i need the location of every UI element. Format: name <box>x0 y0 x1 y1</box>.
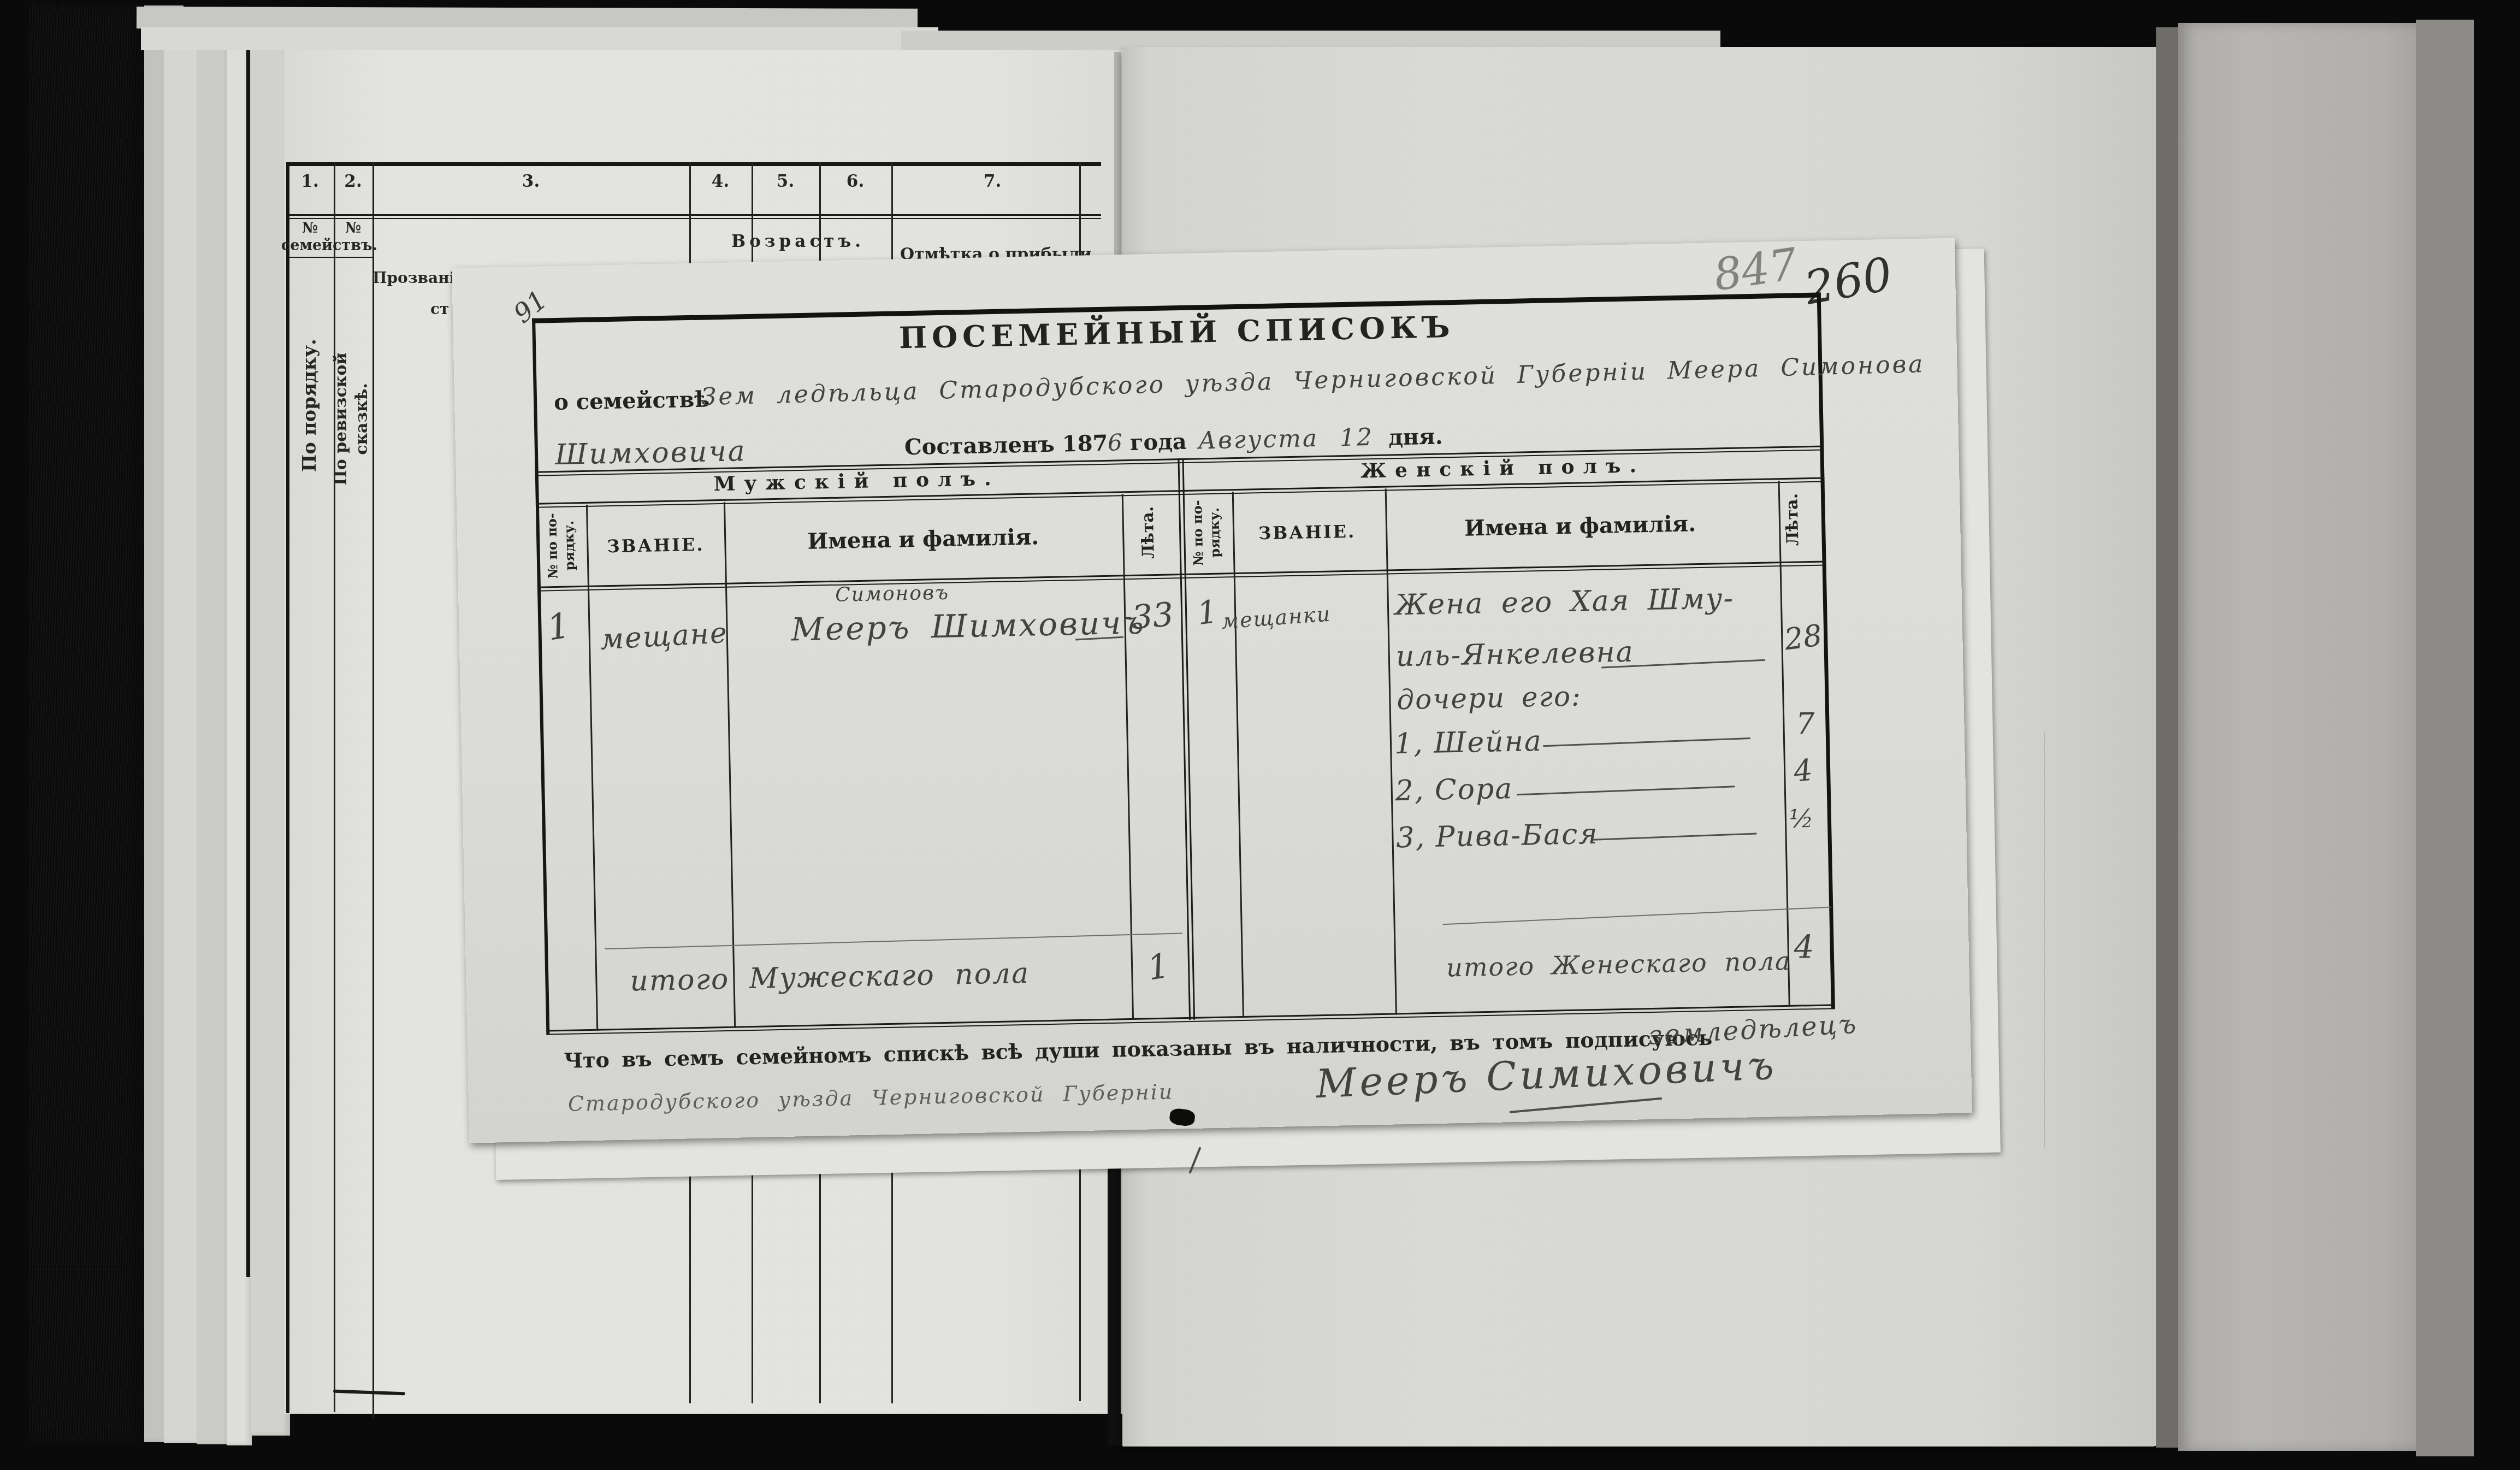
compiled-mid: года <box>1130 429 1187 456</box>
female-line-5: 2, Сора <box>1395 772 1513 807</box>
female-col-names-header: Имена и фамилія. <box>1389 509 1772 542</box>
handwritten-dash <box>1593 833 1757 840</box>
male-col-age-header: Лѣта. <box>1138 502 1158 563</box>
female-line-4: 1, Шейна <box>1394 725 1542 760</box>
cover-crease <box>31 1266 143 1267</box>
top-sheet-edge <box>141 27 938 50</box>
compiled-handwritten-date: Августа 12 <box>1198 423 1374 454</box>
male-total-label: итого Мужескаго пола <box>630 957 1030 998</box>
left-book-cover <box>28 3 145 1443</box>
ledger-revision-vertical-label: По ревизской сказкѣ. <box>331 274 374 564</box>
ledger-no-sign: № <box>286 220 334 237</box>
right-cover-band <box>2416 20 2474 1456</box>
form-left-border <box>532 318 549 1035</box>
female-col-rank-header: ЗВАНІЕ. <box>1237 521 1377 544</box>
ledger-families-label: семействъ. <box>279 237 380 254</box>
page-edge-shadow-line <box>246 23 250 1277</box>
female-line-6: 3, Рива-Бася <box>1396 818 1599 854</box>
form-column-line <box>1232 492 1244 1018</box>
ledger-col-number-6: 6. <box>819 172 891 191</box>
right-cover-gap <box>2156 27 2180 1448</box>
female-total-value: 4 <box>1794 928 1814 966</box>
pencil-folio-number: 847 <box>1711 239 1800 301</box>
female-col-age-header: Лѣта. <box>1782 489 1802 550</box>
col-order-line1: № по по- <box>543 505 561 587</box>
ledger-revision-line1: По ревизской <box>331 274 352 564</box>
female-total-label: итого Женескаго пола <box>1446 946 1791 983</box>
family-list-document: 847 260 91 ПОСЕМЕЙНЫЙ СПИСОКЪ о семейств… <box>452 238 1972 1143</box>
about-handwritten-2: Шимховича <box>555 435 747 471</box>
gutter-shadow-bottom <box>1108 1129 1121 1445</box>
male-col-names-header: Имена и фамилія. <box>729 522 1118 556</box>
about-printed-label: о семействѣ <box>554 386 710 415</box>
ledger-order-vertical-label: По порядку. <box>299 277 321 534</box>
female-line-1: Жена его Хая Шму- <box>1394 582 1734 622</box>
female-line-2: иль-Янкелевна <box>1395 635 1634 673</box>
form-column-line <box>1778 481 1790 1007</box>
male-col-order-header: № по по- рядку. <box>543 504 581 587</box>
ledger-col-number-4: 4. <box>689 172 752 191</box>
male-row-rank: мещане <box>599 617 729 657</box>
col-order-line2: рядку. <box>1205 492 1224 574</box>
male-total-value: 1 <box>1145 945 1173 988</box>
handwritten-dash <box>1517 786 1735 795</box>
female-age-3: 4 <box>1792 753 1814 789</box>
female-age-2: 7 <box>1796 706 1815 741</box>
male-row-number: 1 <box>545 605 573 649</box>
compiled-suffix: дня. <box>1388 423 1443 450</box>
male-name-patronymic-note: Симоновъ <box>835 582 949 606</box>
col-order-line1: № по по- <box>1188 492 1207 574</box>
about-handwritten: Зем ледѣльца Стародубского уѣзда Черниго… <box>701 350 1925 411</box>
declaration-handwritten-2: Стародубского уѣзда Черниговской Губерні… <box>568 1080 1174 1116</box>
form-column-line <box>1122 494 1134 1020</box>
ink-blot <box>1169 1108 1196 1127</box>
handwritten-stroke <box>1443 907 1831 925</box>
form-title: ПОСЕМЕЙНЫЙ СПИСОКЪ <box>532 302 1821 362</box>
male-col-rank-header: ЗВАНІЕ. <box>592 534 719 557</box>
ledger-col-number-5: 5. <box>752 172 819 191</box>
female-age-1: 28 <box>1783 618 1824 657</box>
male-row-name: Мееръ Шимховичъ <box>791 604 1146 648</box>
ledger-rule <box>286 214 1101 219</box>
ledger-top-rule <box>286 162 1101 166</box>
ledger-border-left <box>286 162 289 1413</box>
ledger-col-number-2: 2. <box>334 172 372 191</box>
book-scan: 1. 2. 3. 4. 5. 6. 7. № № семействъ. Возр… <box>0 0 2520 1470</box>
page-edge-strip <box>197 10 230 1444</box>
col-order-line2: рядку. <box>560 504 578 587</box>
ledger-rule <box>286 257 372 258</box>
signature-flourish <box>1510 1097 1662 1113</box>
female-col-order-header: № по по- рядку. <box>1188 491 1226 574</box>
compiled-prefix: Составленъ 187 <box>904 430 1108 460</box>
right-page-fold-line <box>2044 732 2045 1147</box>
form-column-line <box>586 505 598 1031</box>
cover-crease <box>31 544 143 545</box>
ledger-revision-line2: сказкѣ. <box>352 274 372 564</box>
female-row-number: 1 <box>1195 593 1220 632</box>
ledger-col-number-1: 1. <box>286 172 334 191</box>
handwritten-stroke <box>605 932 1182 949</box>
ledger-no-sign: № <box>334 220 372 237</box>
ledger-age-group-header: Возрастъ. <box>689 232 907 251</box>
compiled-year-digit: 6 <box>1108 429 1123 456</box>
handwritten-dash <box>1543 737 1750 747</box>
form-column-line <box>724 502 736 1028</box>
female-age-4: ½ <box>1789 804 1814 834</box>
right-book-cover <box>2178 23 2418 1451</box>
ledger-text-fragment: ст <box>430 300 449 318</box>
female-row-rank: мещанки <box>1221 601 1332 633</box>
ledger-col-number-7: 7. <box>891 172 1093 191</box>
female-line-3: дочери его: <box>1397 680 1582 716</box>
ledger-col-number-3: 3. <box>372 172 689 191</box>
male-row-age: 33 <box>1130 595 1175 637</box>
